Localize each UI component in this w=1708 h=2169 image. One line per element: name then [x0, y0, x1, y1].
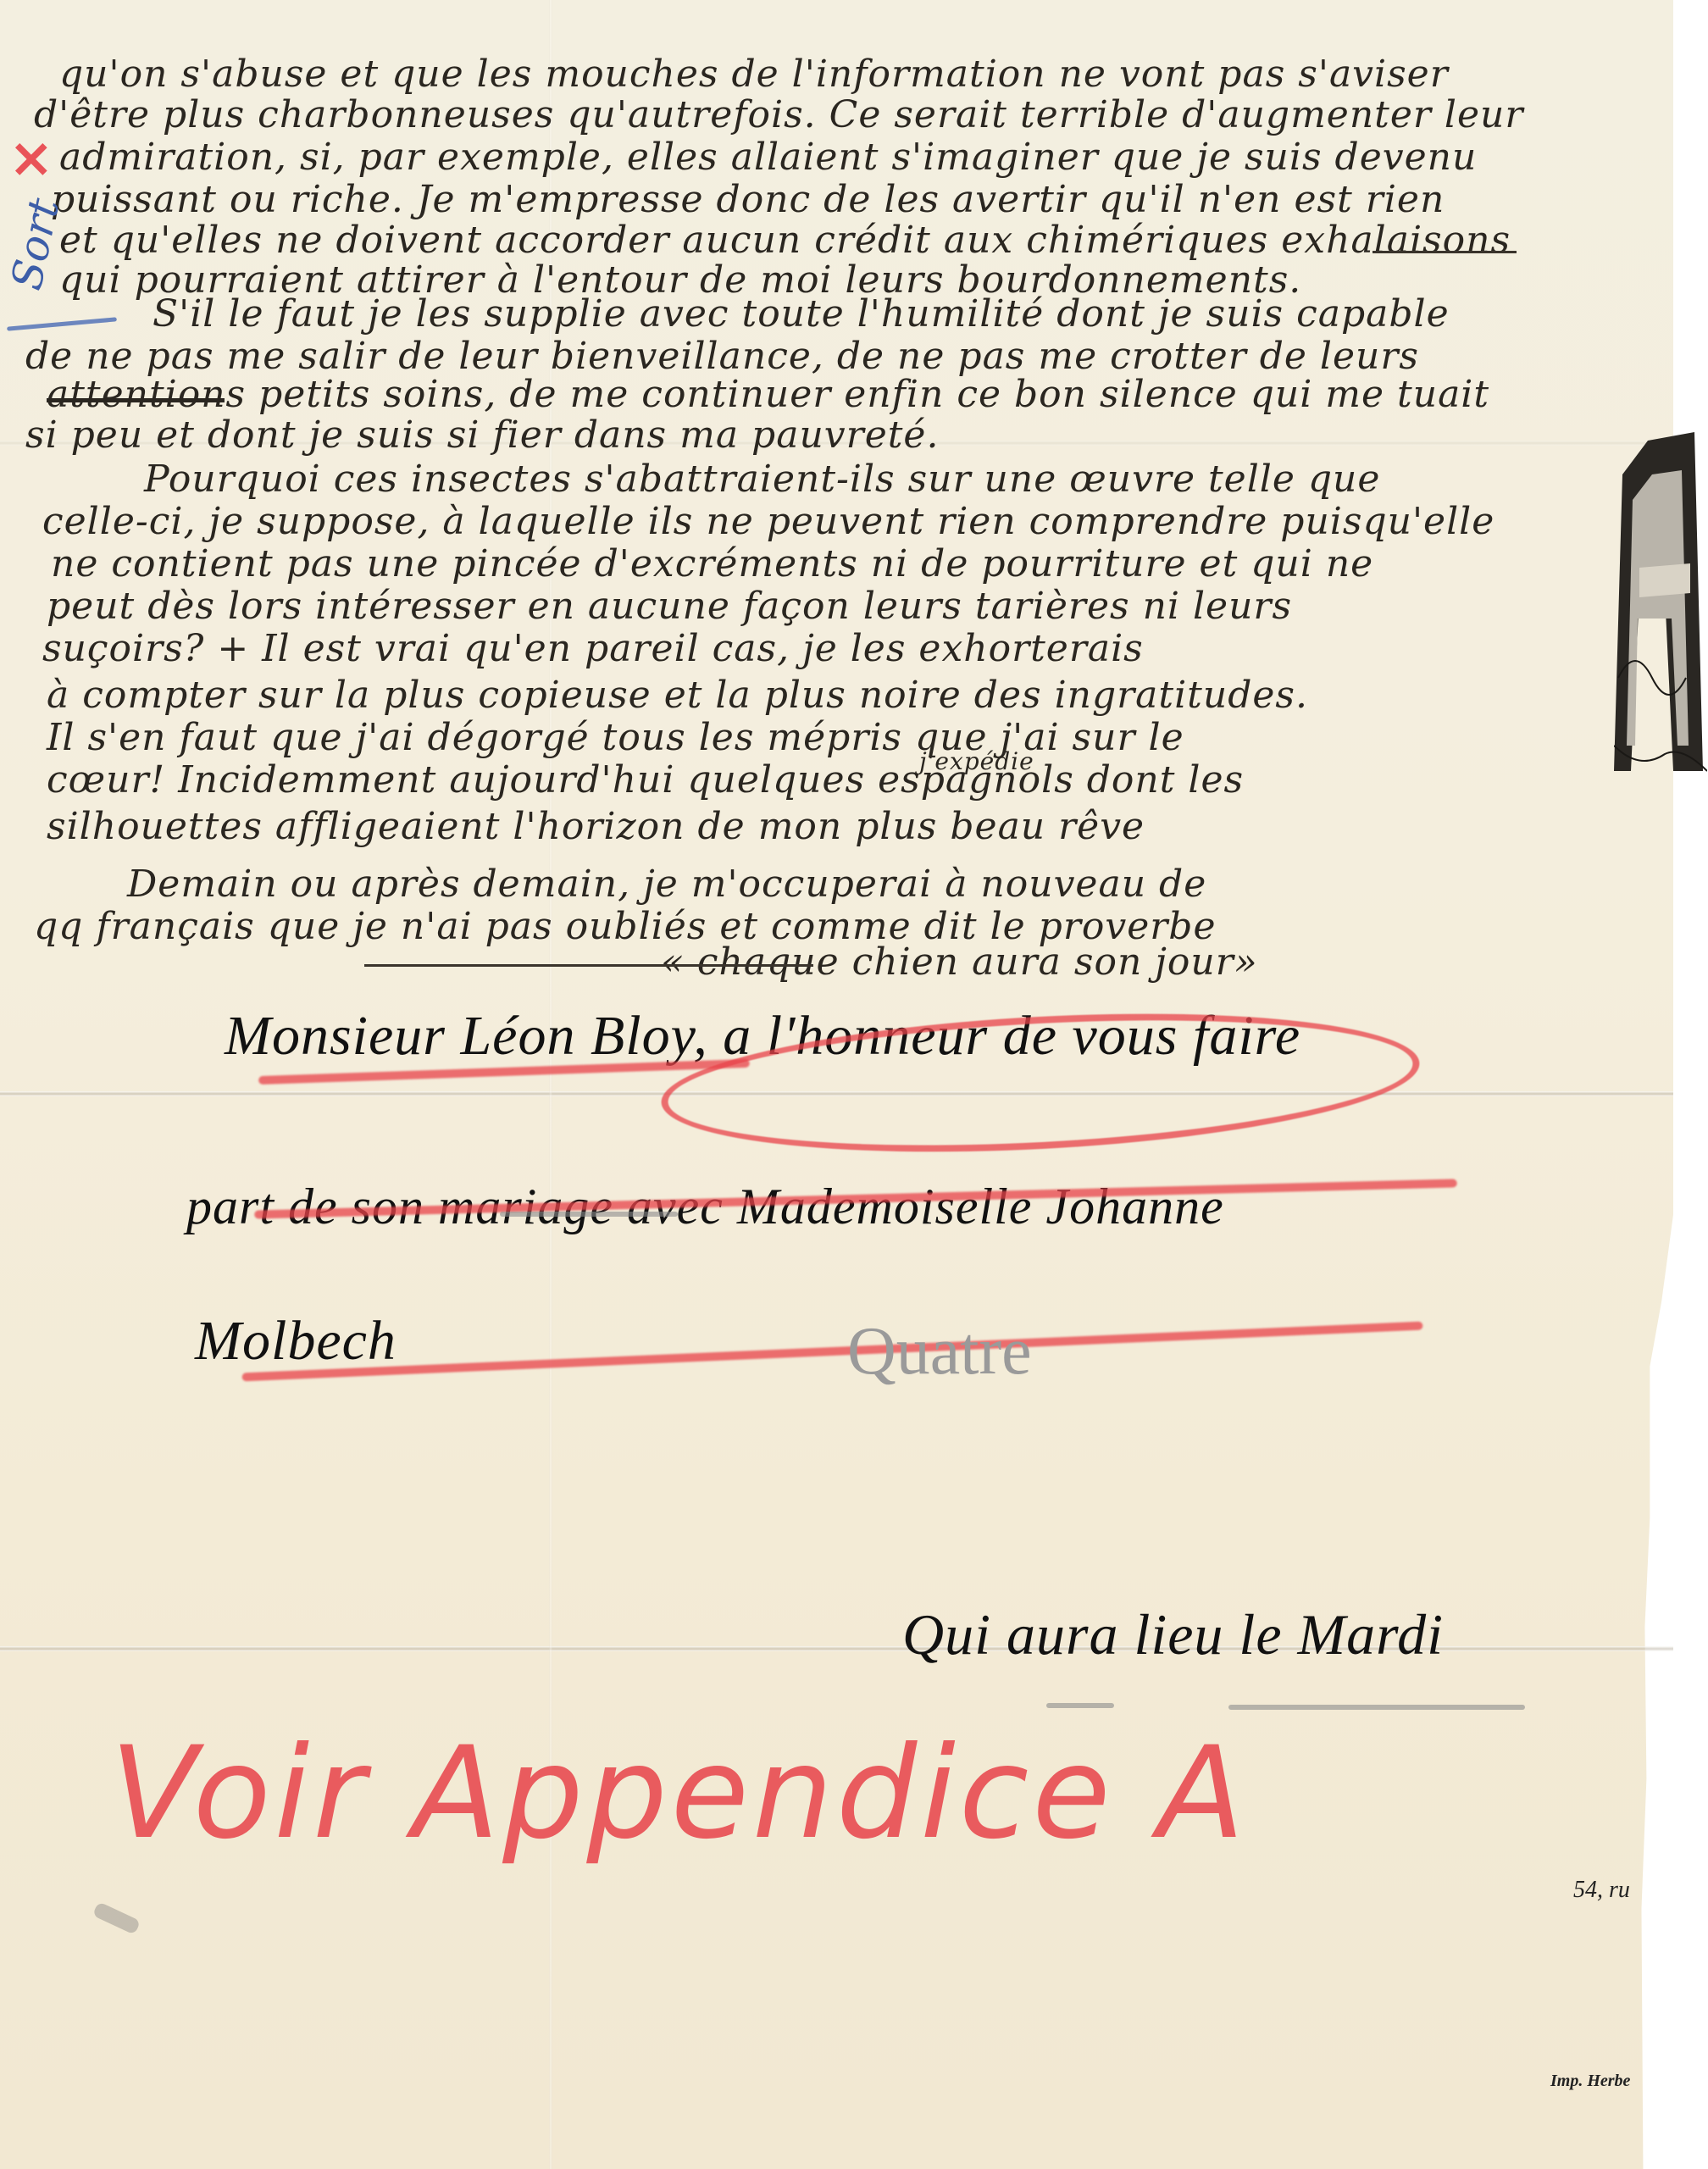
letter-line: « chaque chien aura son jour»: [661, 940, 1258, 984]
letter-line: à compter sur la plus copieuse et la plu…: [47, 674, 1308, 717]
letter-line: admiration, si, par exemple, elles allai…: [59, 136, 1477, 179]
pencil-underline: [500, 1212, 678, 1217]
red-cross-mark: ×: [8, 127, 54, 190]
pencil-annotation: Quatre: [847, 1313, 1032, 1390]
printer-fragment: Imp. Herbe: [1550, 2072, 1630, 2091]
letter-line: Demain ou après demain, je m'occuperai à…: [127, 863, 1206, 906]
letter-line: Pourquoi ces insectes s'abattraient-ils …: [144, 458, 1380, 501]
red-crayon-note: Voir Appendice A: [110, 1720, 1248, 1867]
interlinear-insertion: j'expédie: [919, 747, 1034, 775]
strikethrough: [47, 398, 225, 402]
letter-line: qu'on s'abuse et que les mouches de l'in…: [59, 53, 1449, 96]
letter-line: S'il le faut je les supplie avec toute l…: [152, 292, 1450, 336]
address-fragment: 54, ru: [1573, 1877, 1630, 1904]
letter-line: puissant ou riche. Je m'empresse donc de…: [51, 178, 1445, 221]
letter-line: et qu'elles ne doivent accorder aucun cr…: [59, 219, 1511, 262]
letter-line: celle-ci, je suppose, à laquelle ils ne …: [42, 500, 1494, 543]
letter-line: attentions petits soins, de me continuer…: [47, 373, 1489, 416]
letter-line: de ne pas me salir de leur bienveillance…: [25, 335, 1419, 378]
letter-line: silhouettes affligeaient l'horizon de mo…: [47, 805, 1145, 848]
ink-underline: [364, 964, 813, 967]
letter-line: ne contient pas une pincée d'excréments …: [51, 542, 1373, 585]
letter-line: suçoirs? + Il est vrai qu'en pareil cas,…: [42, 627, 1144, 670]
announcement-line-4: Qui aura lieu le Mardi: [902, 1601, 1444, 1668]
letter-line: d'être plus charbonneuses qu'autrefois. …: [34, 93, 1523, 136]
letter-line: si peu et dont je suis si fier dans ma p…: [25, 413, 939, 457]
letter-line: cœur! Incidemment aujourd'hui quelques e…: [47, 758, 1244, 802]
monogram-icon: [1614, 424, 1707, 779]
pencil-underline: [1046, 1703, 1114, 1708]
announcement-line-3: Molbech: [195, 1309, 396, 1373]
pencil-underline: [1228, 1705, 1525, 1710]
letter-line: peut dès lors intéresser en aucune façon…: [47, 585, 1292, 628]
ink-underline: [1372, 251, 1517, 253]
